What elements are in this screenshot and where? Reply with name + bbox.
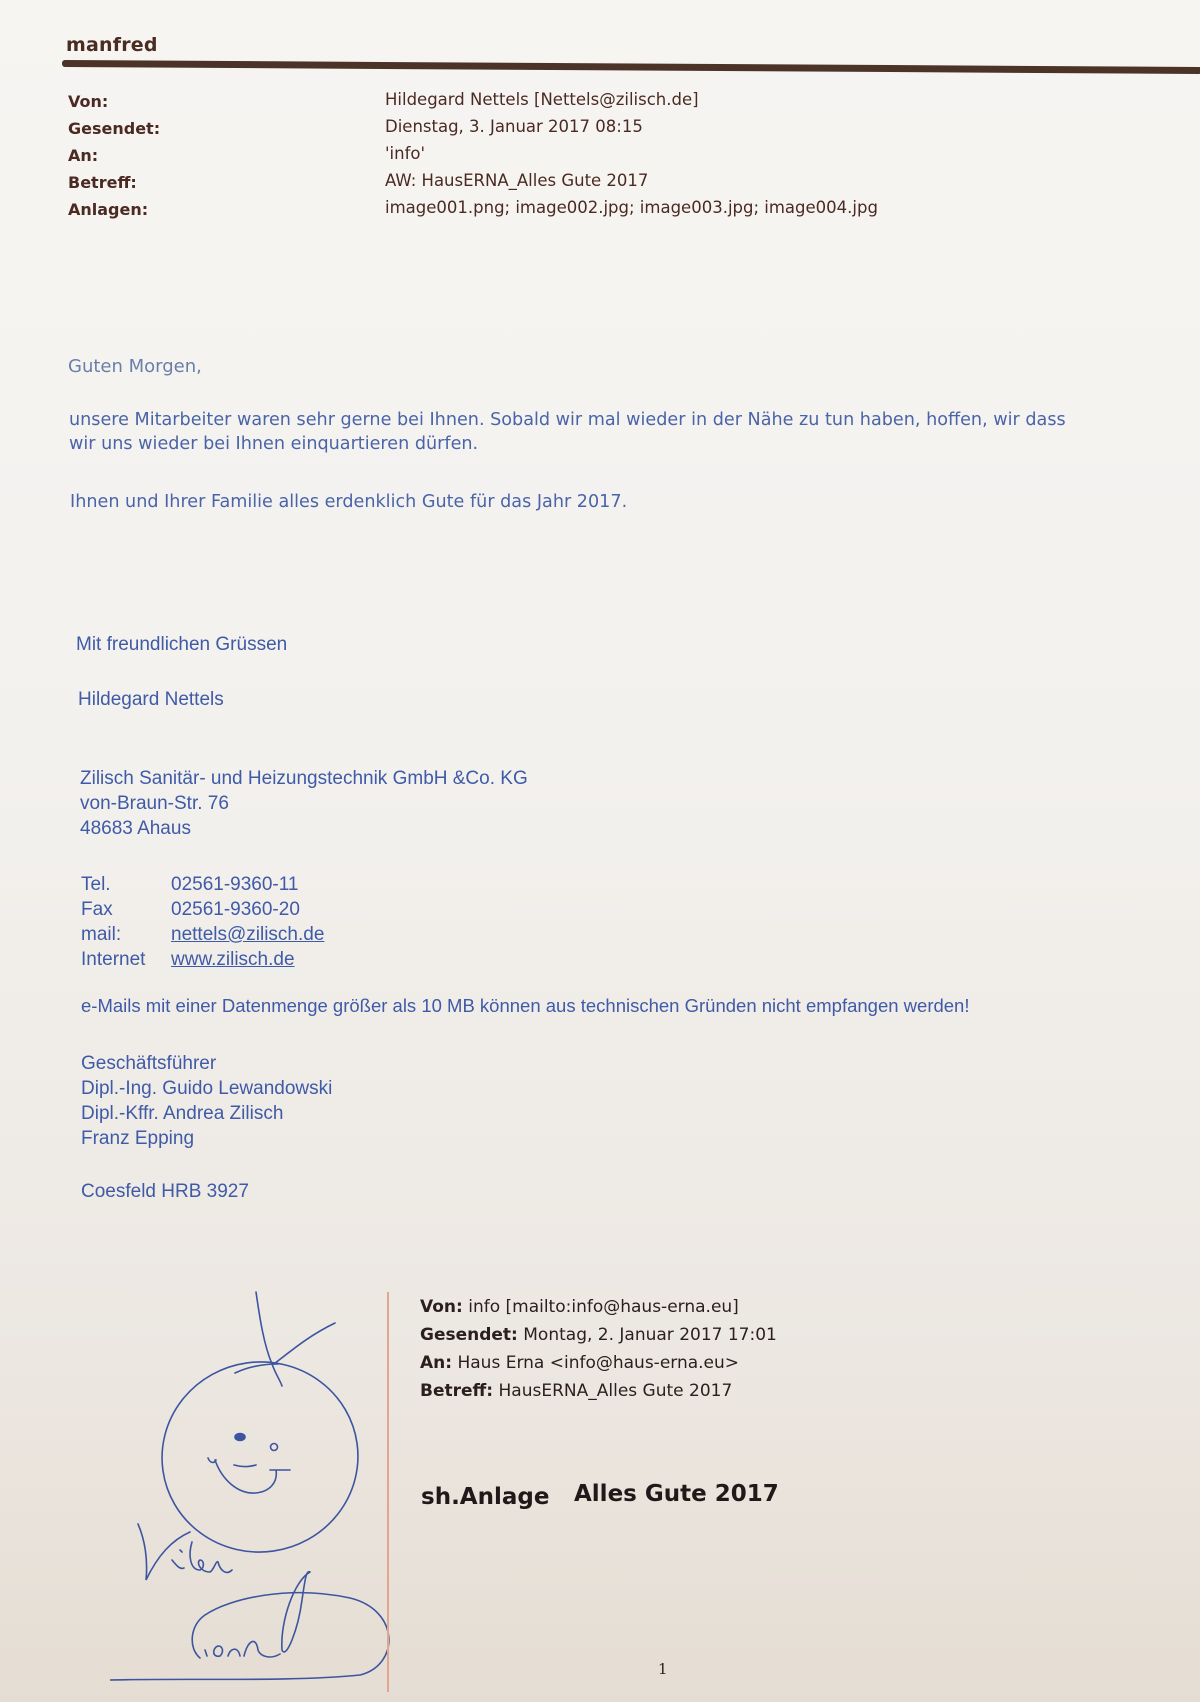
management-block: Geschäftsführer Dipl.-Ing. Guido Lewando… (81, 1051, 332, 1151)
manager: Dipl.-Kffr. Andrea Zilisch (81, 1101, 332, 1126)
quoted-sent: Gesendet: Montag, 2. Januar 2017 17:01 (420, 1321, 777, 1349)
quote-divider (387, 1292, 389, 1692)
size-limit-notice: e-Mails mit einer Datenmenge größer als … (81, 993, 970, 1018)
manager: Dipl.-Ing. Guido Lewandowski (81, 1076, 332, 1101)
field-value: Hildegard Nettels [Nettels@zilisch.de] (385, 90, 699, 109)
paragraph-1-line-1: unsere Mitarbeiter waren sehr gerne bei … (69, 410, 1066, 430)
field-label: Betreff: (68, 173, 137, 192)
contact-tel: Tel.02561-9360-11 (81, 872, 324, 897)
paragraph-1-line-2: wir uns wieder bei Ihnen einquartieren d… (69, 434, 478, 454)
quoted-email-header: Von: info [mailto:info@haus-erna.eu] Ges… (420, 1293, 777, 1405)
field-value: Dienstag, 3. Januar 2017 08:15 (385, 117, 643, 136)
commercial-register: Coesfeld HRB 3927 (81, 1179, 249, 1204)
closing: Mit freundlichen Grüssen (76, 632, 287, 657)
field-label: Von: (68, 92, 108, 111)
field-value: 'info' (385, 144, 425, 163)
field-value: AW: HausERNA_Alles Gute 2017 (385, 171, 648, 190)
company-name: Zilisch Sanitär- und Heizungstechnik Gmb… (80, 766, 528, 791)
management-title: Geschäftsführer (81, 1051, 332, 1076)
contact-fax: Fax02561-9360-20 (81, 897, 324, 922)
header-username: manfred (66, 34, 158, 56)
contact-internet: Internetwww.zilisch.de (81, 947, 324, 972)
signer-name: Hildegard Nettels (78, 687, 224, 712)
company-city: 48683 Ahaus (80, 816, 528, 841)
company-address: Zilisch Sanitär- und Heizungstechnik Gmb… (80, 766, 528, 841)
header-divider (62, 60, 1200, 74)
field-label: Gesendet: (68, 119, 160, 138)
contact-block: Tel.02561-9360-11 Fax02561-9360-20 mail:… (81, 872, 324, 972)
paragraph-2: Ihnen und Ihrer Familie alles erdenklich… (70, 492, 627, 512)
smiley-face-doodle-icon (110, 1280, 410, 1700)
field-label: An: (68, 146, 98, 165)
attachment-reference: sh.Anlage (421, 1484, 549, 1510)
printed-email-page: manfred Von: Hildegard Nettels [Nettels@… (0, 0, 1200, 1702)
quoted-subject: Betreff: HausERNA_Alles Gute 2017 (420, 1377, 777, 1405)
greeting: Guten Morgen, (68, 356, 202, 377)
quoted-from: Von: info [mailto:info@haus-erna.eu] (420, 1293, 777, 1321)
field-label: Anlagen: (68, 200, 148, 219)
email-link[interactable]: nettels@zilisch.de (171, 924, 324, 945)
page-number: 1 (658, 1660, 668, 1678)
website-link[interactable]: www.zilisch.de (171, 949, 295, 970)
contact-mail: mail:nettels@zilisch.de (81, 922, 324, 947)
field-value: image001.png; image002.jpg; image003.jpg… (385, 198, 878, 217)
quoted-to: An: Haus Erna <info@haus-erna.eu> (420, 1349, 777, 1377)
company-street: von-Braun-Str. 76 (80, 791, 528, 816)
manager: Franz Epping (81, 1126, 332, 1151)
greeting-title: Alles Gute 2017 (574, 1481, 779, 1507)
